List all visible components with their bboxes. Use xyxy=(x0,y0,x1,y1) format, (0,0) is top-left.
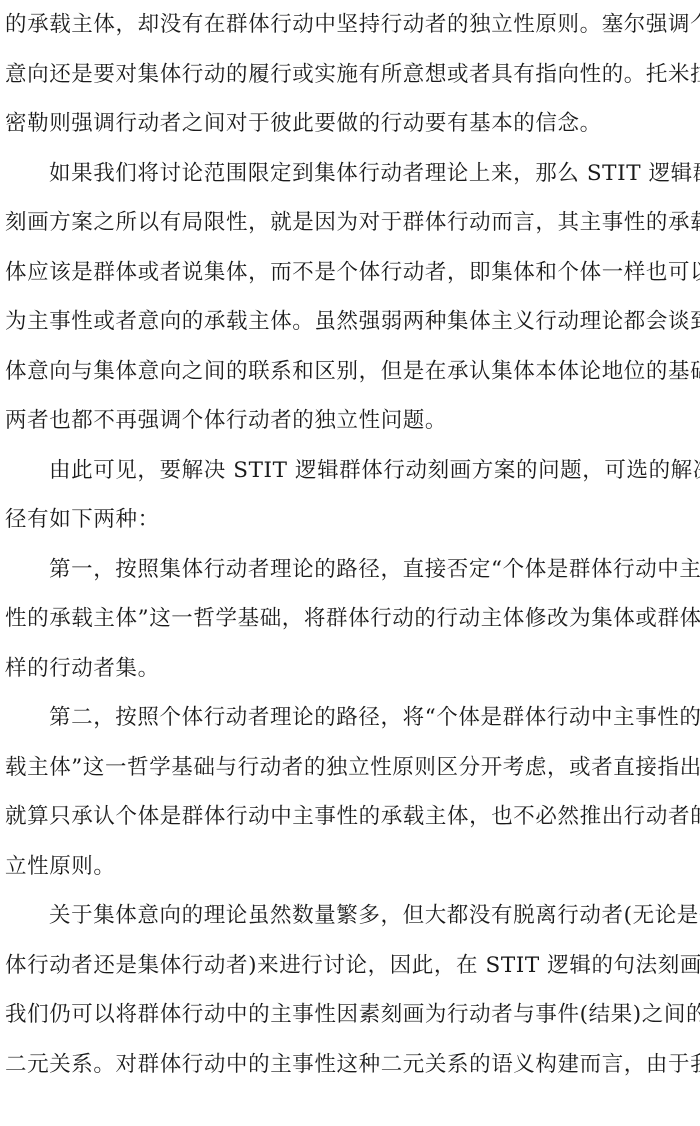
text-line: 的承载主体，却没有在群体行动中坚持行动者的独立性原则。塞尔强调个体 xyxy=(5,0,695,50)
text-line: 由此可见，要解决 STIT 逻辑群体行动刻画方案的问题，可选的解决路 xyxy=(5,446,695,496)
text-line: 体意向与集体意向之间的联系和区别，但是在承认集体本体论地位的基础上， xyxy=(5,347,695,397)
text-line: 我们仍可以将群体行动中的主事性因素刻画为行动者与事件(结果)之间的 xyxy=(5,990,695,1040)
text-line: 体行动者还是集体行动者)来进行讨论，因此，在 STIT 逻辑的句法刻画层面， xyxy=(5,941,695,991)
paragraph-2: 如果我们将讨论范围限定到集体行动者理论上来，那么 STIT 逻辑群体 刻画方案之… xyxy=(5,149,695,446)
text-line: 刻画方案之所以有局限性，就是因为对于群体行动而言，其主事性的承载主 xyxy=(5,198,695,248)
text-line: 二元关系。对群体行动中的主事性这种二元关系的语义构建而言，由于我们 xyxy=(5,1040,695,1090)
text-line: 径有如下两种： xyxy=(5,495,695,545)
text-line: 关于集体意向的理论虽然数量繁多，但大都没有脱离行动者(无论是个 xyxy=(5,891,695,941)
text-line: 如果我们将讨论范围限定到集体行动者理论上来，那么 STIT 逻辑群体 xyxy=(5,149,695,199)
text-line: 为主事性或者意向的承载主体。虽然强弱两种集体主义行动理论都会谈到个 xyxy=(5,297,695,347)
text-line: 样的行动者集。 xyxy=(5,644,695,694)
text-line: 密勒则强调行动者之间对于彼此要做的行动要有基本的信念。 xyxy=(5,99,695,149)
text-line: 就算只承认个体是群体行动中主事性的承载主体，也不必然推出行动者的独 xyxy=(5,792,695,842)
paragraph-5: 第二，按照个体行动者理论的路径，将“个体是群体行动中主事性的承 载主体”这一哲学… xyxy=(5,693,695,891)
text-line: 体应该是群体或者说集体，而不是个体行动者，即集体和个体一样也可以成 xyxy=(5,248,695,298)
document-page: 的承载主体，却没有在群体行动中坚持行动者的独立性原则。塞尔强调个体 意向还是要对… xyxy=(5,0,695,1089)
text-line: 性的承载主体”这一哲学基础，将群体行动的行动主体修改为集体或群体这 xyxy=(5,594,695,644)
text-line: 第一，按照集体行动者理论的路径，直接否定“个体是群体行动中主事 xyxy=(5,545,695,595)
text-line: 立性原则。 xyxy=(5,842,695,892)
paragraph-1: 的承载主体，却没有在群体行动中坚持行动者的独立性原则。塞尔强调个体 意向还是要对… xyxy=(5,0,695,149)
text-line: 载主体”这一哲学基础与行动者的独立性原则区分开考虑，或者直接指出， xyxy=(5,743,695,793)
text-line: 第二，按照个体行动者理论的路径，将“个体是群体行动中主事性的承 xyxy=(5,693,695,743)
paragraph-3: 由此可见，要解决 STIT 逻辑群体行动刻画方案的问题，可选的解决路 径有如下两… xyxy=(5,446,695,545)
text-line: 两者也都不再强调个体行动者的独立性问题。 xyxy=(5,396,695,446)
text-line: 意向还是要对集体行动的履行或实施有所意想或者具有指向性的。托米拉和 xyxy=(5,50,695,100)
paragraph-4: 第一，按照集体行动者理论的路径，直接否定“个体是群体行动中主事 性的承载主体”这… xyxy=(5,545,695,694)
paragraph-6: 关于集体意向的理论虽然数量繁多，但大都没有脱离行动者(无论是个 体行动者还是集体… xyxy=(5,891,695,1089)
